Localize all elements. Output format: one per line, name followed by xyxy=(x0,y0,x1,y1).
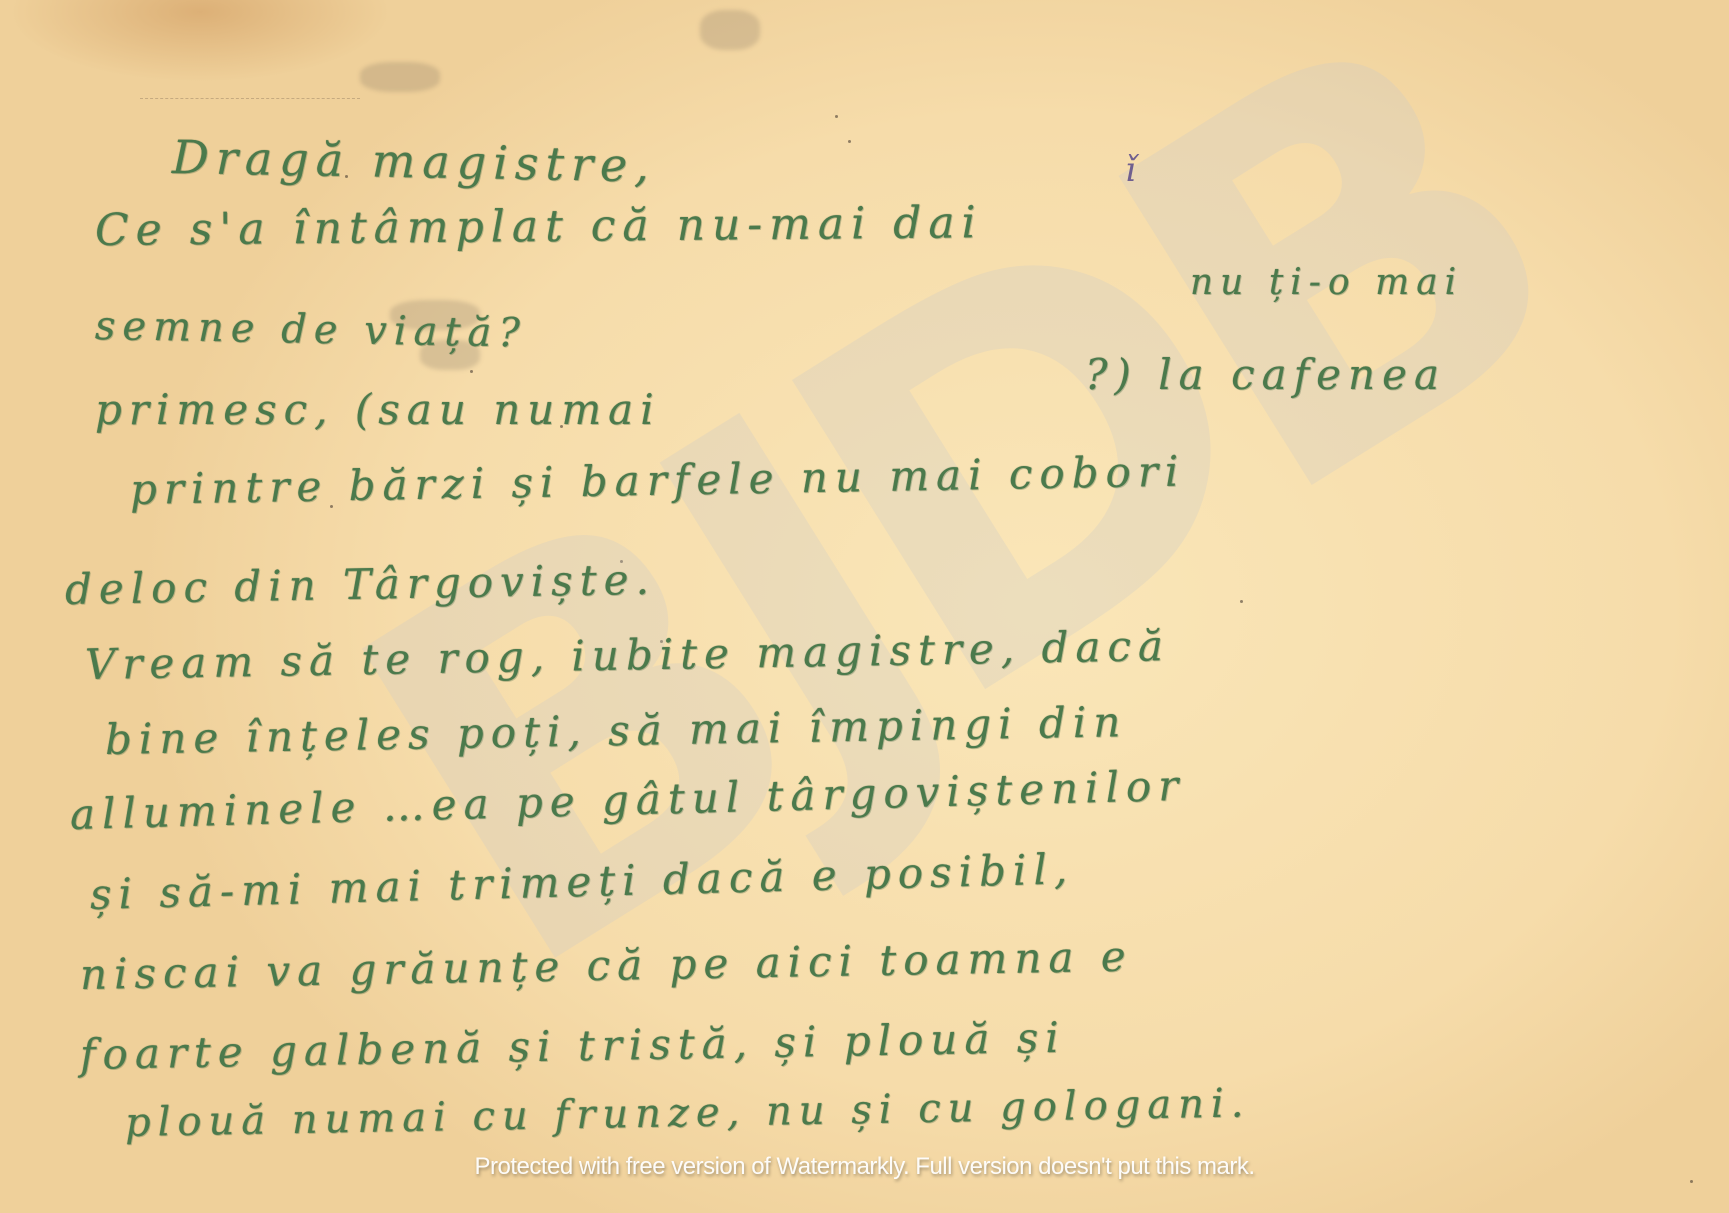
letter-line-3a: primesc, (sau numai xyxy=(95,385,661,434)
ink-smudge xyxy=(360,62,440,92)
ink-smudge xyxy=(700,10,760,50)
letter-line-5: deloc din Târgoviște. xyxy=(65,555,657,614)
letter-line-1: Ce s'a întâmplat că nu-mai dai xyxy=(95,197,983,256)
watermarkly-notice: Protected with free version of Watermark… xyxy=(0,1153,1729,1181)
letter-line-3b: ?) la cafenea xyxy=(1085,350,1446,399)
letter-line-2a: semne de viață? xyxy=(95,303,528,357)
letter-line-2b: nu ți-o mai xyxy=(1190,262,1463,303)
postmark-trace xyxy=(140,98,360,99)
inserted-correction-mark: ǐ xyxy=(1125,150,1136,190)
letter-salutation: Dragă magistre, xyxy=(172,130,657,192)
